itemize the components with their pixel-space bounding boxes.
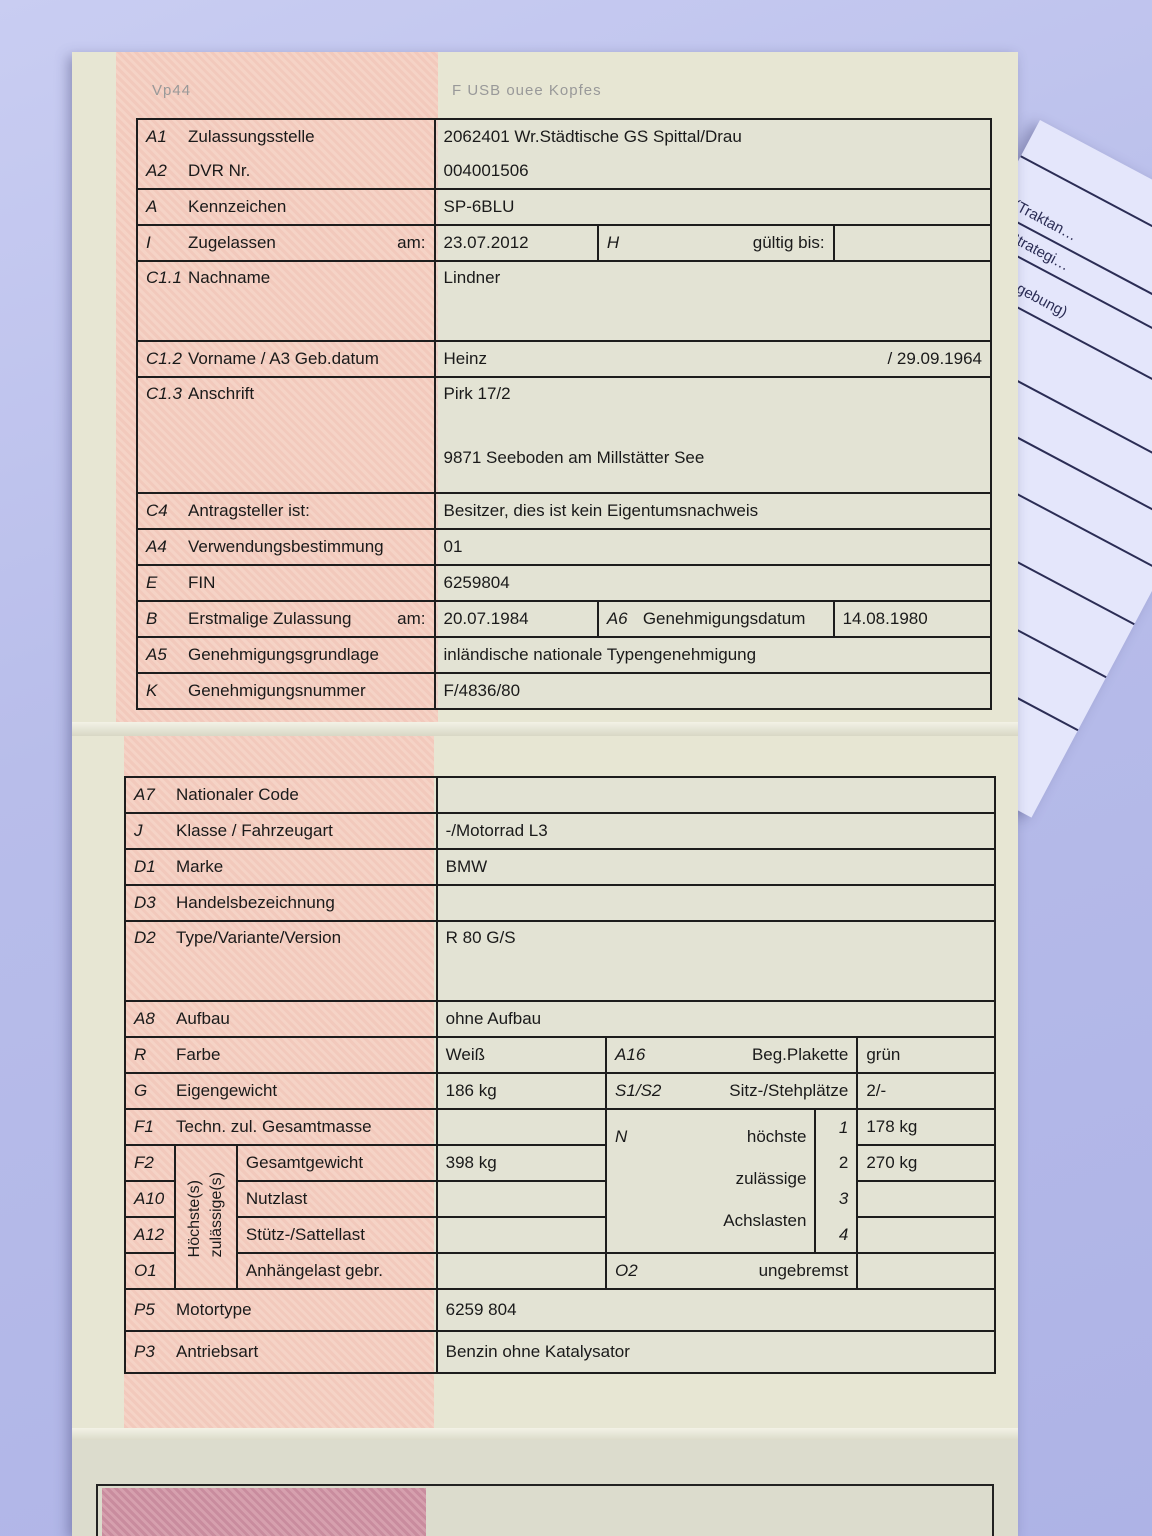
code-a6: A6	[607, 609, 643, 629]
row-a: AKennzeichen SP-6BLU	[137, 189, 991, 225]
value-type: R 80 G/S	[437, 921, 995, 1001]
row-d3: D3Handelsbezeichnung	[125, 885, 995, 921]
row-k: KGenehmigungsnummer F/4836/80	[137, 673, 991, 709]
row-g: GEigengewicht 186 kg S1/S2Sitz-/Stehplät…	[125, 1073, 995, 1109]
code-j: J	[134, 821, 176, 841]
value-address-line1: Pirk 17/2	[444, 384, 982, 404]
row-c11: C1.1Nachname Lindner	[137, 261, 991, 341]
label-hoechste: höchste	[615, 1116, 806, 1158]
code-d2: D2	[134, 928, 176, 948]
fold-line	[72, 722, 1018, 736]
code-a2: A2	[146, 161, 188, 181]
row-p3: P3Antriebsart Benzin ohne Katalysator	[125, 1331, 995, 1373]
holder-data-table: A1Zulassungsstelle 2062401 Wr.Städtische…	[136, 118, 992, 710]
code-c4: C4	[146, 501, 188, 521]
code-p3: P3	[134, 1342, 176, 1362]
code-s1s2: S1/S2	[615, 1081, 661, 1100]
label-a4: Verwendungsbestimmung	[188, 537, 384, 556]
code-k: K	[146, 681, 188, 701]
row-i: IZugelassenam: 23.07.2012 Hgültig bis:	[137, 225, 991, 261]
value-antriebsart: Benzin ohne Katalysator	[437, 1331, 995, 1373]
row-a12: A12 Stütz-/Sattellast 4	[125, 1217, 995, 1253]
code-g: G	[134, 1081, 176, 1101]
axle-value-1: 178 kg	[857, 1109, 995, 1145]
value-handelsbezeichnung	[437, 885, 995, 921]
value-erstzulassung: 20.07.1984	[435, 601, 598, 637]
label-c11: Nachname	[188, 268, 270, 287]
label-a7: Nationaler Code	[176, 785, 299, 804]
label-f2: Gesamtgewicht	[237, 1145, 437, 1181]
axle-value-3	[857, 1181, 995, 1217]
value-genehmigungsgrundlage: inländische nationale Typengenehmigung	[435, 637, 991, 673]
value-verwendung: 01	[435, 529, 991, 565]
value-anhaengelast-ungebremst	[857, 1253, 995, 1289]
label-a8: Aufbau	[176, 1009, 230, 1028]
code-f2: F2	[125, 1145, 175, 1181]
value-fin: 6259804	[435, 565, 991, 601]
suffix-b: am:	[397, 609, 425, 629]
label-a10: Nutzlast	[237, 1181, 437, 1217]
value-sitzplaetze: 2/-	[857, 1073, 995, 1109]
value-nationaler-code	[437, 777, 995, 813]
label-d3: Handelsbezeichnung	[176, 893, 335, 912]
row-j: JKlasse / Fahrzeugart -/Motorrad L3	[125, 813, 995, 849]
code-d3: D3	[134, 893, 176, 913]
label-p5: Motortype	[176, 1300, 252, 1319]
row-a1: A1Zulassungsstelle 2062401 Wr.Städtische…	[137, 119, 991, 154]
code-c13: C1.3	[146, 384, 188, 404]
row-a7: A7Nationaler Code	[125, 777, 995, 813]
label-i: Zugelassen	[188, 233, 276, 252]
value-eigengewicht: 186 kg	[437, 1073, 606, 1109]
value-a1: 2062401 Wr.Städtische GS Spittal/Drau	[435, 119, 991, 154]
label-a6: Genehmigungsdatum	[643, 609, 806, 628]
value-a2: 004001506	[435, 154, 991, 189]
code-f1: F1	[134, 1117, 176, 1137]
label-a16: Beg.Plakette	[752, 1045, 848, 1065]
code-a12: A12	[125, 1217, 175, 1253]
row-o1: O1 Anhängelast gebr. O2ungebremst	[125, 1253, 995, 1289]
axle-num-4: 4	[815, 1217, 857, 1253]
label-sitzplaetze: Sitz-/Stehplätze	[729, 1081, 848, 1101]
axle-num-3: 3	[815, 1181, 857, 1217]
label-a2: DVR Nr.	[188, 161, 250, 180]
value-kennzeichen: SP-6BLU	[435, 189, 991, 225]
value-genehmigungsdatum: 14.08.1980	[834, 601, 991, 637]
label-c12: Vorname / A3 Geb.datum	[188, 349, 379, 368]
label-h: gültig bis:	[753, 233, 825, 253]
row-f1: F1Techn. zul. Gesamtmasse N höchste zulä…	[125, 1109, 995, 1145]
axle-value-4	[857, 1217, 995, 1253]
value-gesamtgewicht: 398 kg	[437, 1145, 606, 1181]
value-farbe: Weiß	[437, 1037, 606, 1073]
suffix-i: am:	[397, 233, 425, 253]
label-f1: Techn. zul. Gesamtmasse	[176, 1117, 372, 1136]
value-gesamtmasse	[437, 1109, 606, 1145]
group-label-hoechste: Höchste(s)	[184, 1180, 206, 1257]
code-c12: C1.2	[146, 349, 188, 369]
code-a7: A7	[134, 785, 176, 805]
row-c12: C1.2Vorname / A3 Geb.datum Heinz/ 29.09.…	[137, 341, 991, 377]
axle-num-2: 2	[815, 1145, 857, 1181]
row-c13: C1.3Anschrift Pirk 17/29871 Seeboden am …	[137, 377, 991, 493]
label-b: Erstmalige Zulassung	[188, 609, 351, 628]
label-c13: Anschrift	[188, 384, 254, 403]
label-j: Klasse / Fahrzeugart	[176, 821, 333, 840]
label-d2: Type/Variante/Version	[176, 928, 341, 947]
registration-page-1: Vp44 F USB ouee Kopfes A1Zulassungsstell…	[72, 52, 1018, 722]
value-plakette: grün	[857, 1037, 995, 1073]
code-o2: O2	[615, 1261, 638, 1280]
label-a1: Zulassungsstelle	[188, 127, 315, 146]
code-d1: D1	[134, 857, 176, 877]
value-nutzlast	[437, 1181, 606, 1217]
code-h: H	[607, 233, 619, 252]
faint-header-right: F USB ouee Kopfes	[452, 82, 602, 99]
code-a1: A1	[146, 127, 188, 147]
value-zugelassen: 23.07.2012	[435, 225, 598, 261]
code-n: N	[615, 1116, 627, 1158]
value-gueltig-bis	[834, 225, 991, 261]
row-a10: A10 Nutzlast 3	[125, 1181, 995, 1217]
value-nachname: Lindner	[435, 261, 991, 341]
row-a2: A2DVR Nr. 004001506	[137, 154, 991, 189]
value-motortype: 6259 804	[437, 1289, 995, 1331]
code-a8: A8	[134, 1009, 176, 1029]
label-g: Eigengewicht	[176, 1081, 277, 1100]
code-p5: P5	[134, 1300, 176, 1320]
row-c4: C4Antragsteller ist: Besitzer, dies ist …	[137, 493, 991, 529]
value-vorname: Heinz	[444, 349, 487, 368]
row-d1: D1Marke BMW	[125, 849, 995, 885]
value-aufbau: ohne Aufbau	[437, 1001, 995, 1037]
row-a5: A5Genehmigungsgrundlage inländische nati…	[137, 637, 991, 673]
code-a5: A5	[146, 645, 188, 665]
label-d1: Marke	[176, 857, 223, 876]
code-a10: A10	[125, 1181, 175, 1217]
label-achslasten: Achslasten	[615, 1200, 806, 1242]
faint-header-left: Vp44	[152, 82, 191, 99]
row-p5: P5Motortype 6259 804	[125, 1289, 995, 1331]
label-e: FIN	[188, 573, 215, 592]
label-a: Kennzeichen	[188, 197, 286, 216]
code-i: I	[146, 233, 188, 253]
code-e: E	[146, 573, 188, 593]
code-a4: A4	[146, 537, 188, 557]
vehicle-data-table: A7Nationaler Code JKlasse / Fahrzeugart …	[124, 776, 996, 1374]
group-label-zulaessige: zulässige(s)	[206, 1172, 228, 1257]
value-stuetzlast	[437, 1217, 606, 1253]
code-a16: A16	[615, 1045, 645, 1064]
label-o1: Anhängelast gebr.	[237, 1253, 437, 1289]
label-c4: Antragsteller ist:	[188, 501, 310, 520]
label-a5: Genehmigungsgrundlage	[188, 645, 379, 664]
label-r: Farbe	[176, 1045, 220, 1064]
row-f2: F2 Höchste(s)zulässige(s) Gesamtgewicht …	[125, 1145, 995, 1181]
code-r: R	[134, 1045, 176, 1065]
axle-value-2: 270 kg	[857, 1145, 995, 1181]
label-p3: Antriebsart	[176, 1342, 258, 1361]
value-klasse: -/Motorrad L3	[437, 813, 995, 849]
row-b: BErstmalige Zulassungam: 20.07.1984 A6Ge…	[137, 601, 991, 637]
vehicle-registration-document: Vp44 F USB ouee Kopfes A1Zulassungsstell…	[72, 52, 1018, 1536]
value-genehmigungsnummer: F/4836/80	[435, 673, 991, 709]
label-zulaessige: zulässige	[615, 1158, 806, 1200]
code-b: B	[146, 609, 188, 629]
code-o1: O1	[125, 1253, 175, 1289]
axle-num-1: 1	[815, 1109, 857, 1145]
row-a8: A8Aufbau ohne Aufbau	[125, 1001, 995, 1037]
row-e: EFIN 6259804	[137, 565, 991, 601]
value-antragsteller: Besitzer, dies ist kein Eigentumsnachwei…	[435, 493, 991, 529]
value-anhaengelast-gebremst	[437, 1253, 606, 1289]
label-o2: ungebremst	[759, 1261, 849, 1281]
code-a: A	[146, 197, 188, 217]
row-a4: A4Verwendungsbestimmung 01	[137, 529, 991, 565]
label-a12: Stütz-/Sattellast	[237, 1217, 437, 1253]
label-k: Genehmigungsnummer	[188, 681, 366, 700]
value-marke: BMW	[437, 849, 995, 885]
row-r: RFarbe Weiß A16Beg.Plakette grün	[125, 1037, 995, 1073]
registration-page-3	[72, 1440, 1018, 1536]
code-c11: C1.1	[146, 268, 188, 288]
value-address-line2: 9871 Seeboden am Millstätter See	[444, 448, 982, 468]
row-d2: D2Type/Variante/Version R 80 G/S	[125, 921, 995, 1001]
registration-page-2: A7Nationaler Code JKlasse / Fahrzeugart …	[72, 736, 1018, 1436]
value-geburtsdatum: / 29.09.1964	[887, 349, 982, 369]
